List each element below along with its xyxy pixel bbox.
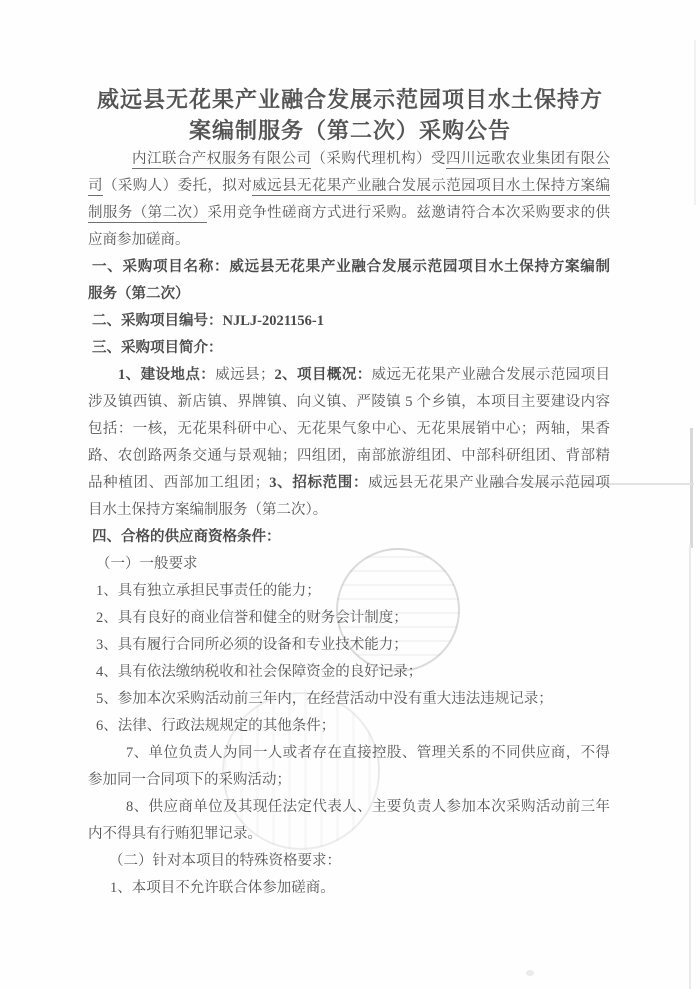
- text-line: （二）针对本项目的特殊资格要求：: [88, 848, 610, 875]
- doc-title: 威远县无花果产业融合发展示范园项目水土保持方 案编制服务（第二次）采购公告: [60, 84, 640, 146]
- text-segment: （采购代理机构）受: [311, 151, 446, 167]
- opening-paragraph: 内江联合产权服务有限公司（采购代理机构）受四川远歌农业集团有限公司（采购人）委托…: [88, 146, 610, 254]
- text-segment: 一、采购项目名称：威远县无花果产业融合发展示范园项目水土保持方案编制: [92, 259, 610, 275]
- project-overview-paragraph: 1、建设地点：威远县；2、项目概况：威远无花果产业融合发展示范园项目涉及镇西镇、…: [88, 362, 610, 524]
- requirement-item-3: 3、具有履行合同所必须的设备和专业技术能力；: [88, 632, 610, 659]
- underlined-text: 威远县无花果产业融合发展示范园项目水土保持方案编: [252, 178, 610, 196]
- text-segment: 三、采购项目简介：: [92, 340, 223, 356]
- text-line: 内不得具有行贿犯罪记录。: [88, 821, 610, 848]
- text-segment: （一）一般要求: [96, 556, 198, 572]
- text-segment: （采购人）委托，拟对: [103, 178, 252, 194]
- underlined-text: 司: [88, 178, 103, 196]
- text-segment: 3、具有履行合同所必须的设备和专业技术能力；: [96, 637, 408, 653]
- procurement-announcement-page: 威远县无花果产业融合发展示范园项目水土保持方 案编制服务（第二次）采购公告 内江…: [0, 0, 700, 989]
- requirement-item-6: 6、法律、行政法规规定的其他条件；: [88, 713, 610, 740]
- title-line-1: 威远县无花果产业融合发展示范园项目水土保持方: [60, 84, 640, 115]
- text-segment: 6、法律、行政法规规定的其他条件；: [96, 718, 335, 734]
- text-segment: 路、农创路两条交通与景观轴；四组团，南部旅游组团、中部科研组团、背部精: [88, 448, 610, 464]
- text-segment: 涉及镇西镇、新店镇、界牌镇、向义镇、严陵镇 5 个乡镇，本项目主要建设内容: [88, 394, 610, 410]
- text-line: 服务（第二次）: [88, 281, 610, 308]
- text-segment: 8、供应商单位及其现任法定代表人、主要负责人参加本次采购活动前三年: [126, 799, 610, 815]
- text-segment: 5、参加本次采购活动前三年内，在经营活动中没有重大违法违规记录；: [96, 691, 553, 707]
- text-segment: 包括：一核，无花果科研中心、无花果气象中心、无花果展销中心；两轴，果香: [88, 421, 610, 437]
- text-segment: 1、本项目不允许联合体参加磋商。: [110, 880, 335, 896]
- subsection-general-requirements: （一）一般要求: [88, 551, 610, 578]
- text-line: 参加同一合同项下的采购活动；: [88, 767, 610, 794]
- text-line: 制服务（第二次）采用竞争性磋商方式进行采购。兹邀请符合本次采购要求的供: [88, 200, 610, 227]
- text-segment: 参加同一合同项下的采购活动；: [88, 772, 291, 788]
- requirement-item-5: 5、参加本次采购活动前三年内，在经营活动中没有重大违法违规记录；: [88, 686, 610, 713]
- scan-artifact-right-edge-line-top: [694, 40, 696, 205]
- title-line-2: 案编制服务（第二次）采购公告: [60, 115, 640, 146]
- text-segment: 目水土保持方案编制服务（第二次）。: [88, 502, 327, 518]
- text-segment: 1、具有独立承担民事责任的能力；: [96, 583, 321, 599]
- text-segment: 采用竞争性磋商方式进行采购。兹邀请符合本次采购要求的供: [207, 205, 610, 221]
- text-line: 1、本项目不允许联合体参加磋商。: [88, 875, 610, 902]
- text-line: 包括：一核，无花果科研中心、无花果气象中心、无花果展销中心；两轴，果香: [88, 416, 610, 443]
- section-supplier-qualifications: 四、合格的供应商资格条件：: [88, 524, 610, 551]
- text-segment: 2、具有良好的商业信誉和健全的财务会计制度；: [96, 610, 408, 626]
- scan-artifact-right-edge-line: [690, 428, 693, 548]
- requirement-item-2: 2、具有良好的商业信誉和健全的财务会计制度；: [88, 605, 610, 632]
- underlined-text: 四川远歌农业集团有限公: [446, 151, 610, 169]
- text-segment: 4、具有依法缴纳税收和社会保障资金的良好记录；: [96, 664, 422, 680]
- text-line: 内江联合产权服务有限公司（采购代理机构）受四川远歌农业集团有限公: [88, 146, 610, 173]
- scan-artifact-smudge: [526, 970, 534, 976]
- text-line: 5、参加本次采购活动前三年内，在经营活动中没有重大违法违规记录；: [88, 686, 610, 713]
- underlined-text: 内江联合产权服务有限公司: [132, 151, 311, 169]
- text-line: 四、合格的供应商资格条件：: [88, 524, 610, 551]
- text-line: 三、采购项目简介：: [88, 335, 610, 362]
- text-line: 涉及镇西镇、新店镇、界牌镇、向义镇、严陵镇 5 个乡镇，本项目主要建设内容: [88, 389, 610, 416]
- subsection-special-requirements: （二）针对本项目的特殊资格要求：: [88, 848, 610, 875]
- text-line: 目水土保持方案编制服务（第二次）。: [88, 497, 610, 524]
- special-requirement-item: 1、本项目不允许联合体参加磋商。: [88, 875, 610, 902]
- text-line: 3、具有履行合同所必须的设备和专业技术能力；: [88, 632, 610, 659]
- text-segment: 四、合格的供应商资格条件：: [92, 529, 281, 545]
- text-segment: 2、项目概况：: [274, 367, 371, 383]
- text-segment: 威远县；: [215, 367, 274, 383]
- requirement-item-4: 4、具有依法缴纳税收和社会保障资金的良好记录；: [88, 659, 610, 686]
- text-line: 7、单位负责人为同一人或者存在直接控股、管理关系的不同供应商，不得: [88, 740, 610, 767]
- text-segment: （二）针对本项目的特殊资格要求：: [109, 853, 341, 869]
- requirement-item-1: 1、具有独立承担民事责任的能力；: [88, 578, 610, 605]
- text-segment: 应商参加磋商。: [88, 232, 190, 248]
- text-segment: 3、招标范围：: [269, 475, 368, 491]
- text-line: 二、采购项目编号：NJLJ-2021156-1: [88, 308, 610, 335]
- text-line: 6、法律、行政法规规定的其他条件；: [88, 713, 610, 740]
- text-segment: 二、采购项目编号：NJLJ-2021156-1: [92, 313, 324, 329]
- text-line: 8、供应商单位及其现任法定代表人、主要负责人参加本次采购活动前三年: [88, 794, 610, 821]
- text-segment: 服务（第二次）: [88, 286, 190, 302]
- requirement-item-7: 7、单位负责人为同一人或者存在直接控股、管理关系的不同供应商，不得参加同一合同项…: [88, 740, 610, 794]
- underlined-text: 制服务（第二次）: [88, 205, 207, 223]
- scan-artifact-right-edge-line-faint: [689, 545, 691, 989]
- text-segment: 威远无花果产业融合发展示范园项目: [372, 367, 610, 383]
- text-line: 一、采购项目名称：威远县无花果产业融合发展示范园项目水土保持方案编制: [88, 254, 610, 281]
- text-segment: 品种植团、西部加工组团；: [88, 475, 269, 491]
- text-line: 1、具有独立承担民事责任的能力；: [88, 578, 610, 605]
- text-segment: 7、单位负责人为同一人或者存在直接控股、管理关系的不同供应商，不得: [126, 745, 610, 761]
- text-line: 司（采购人）委托，拟对威远县无花果产业融合发展示范园项目水土保持方案编: [88, 173, 610, 200]
- text-line: 4、具有依法缴纳税收和社会保障资金的良好记录；: [88, 659, 610, 686]
- text-line: 路、农创路两条交通与景观轴；四组团，南部旅游组团、中部科研组团、背部精: [88, 443, 610, 470]
- text-line: 品种植团、西部加工组团；3、招标范围：威远县无花果产业融合发展示范园项: [88, 470, 610, 497]
- text-line: 1、建设地点：威远县；2、项目概况：威远无花果产业融合发展示范园项目: [88, 362, 610, 389]
- text-line: 2、具有良好的商业信誉和健全的财务会计制度；: [88, 605, 610, 632]
- text-line: （一）一般要求: [88, 551, 610, 578]
- requirement-item-8: 8、供应商单位及其现任法定代表人、主要负责人参加本次采购活动前三年内不得具有行贿…: [88, 794, 610, 848]
- text-segment: 内不得具有行贿犯罪记录。: [88, 826, 262, 842]
- text-segment: 威远县无花果产业融合发展示范园项: [368, 475, 610, 491]
- section-project-number: 二、采购项目编号：NJLJ-2021156-1: [88, 308, 610, 335]
- document-body: 内江联合产权服务有限公司（采购代理机构）受四川远歌农业集团有限公司（采购人）委托…: [88, 146, 610, 902]
- section-project-name: 一、采购项目名称：威远县无花果产业融合发展示范园项目水土保持方案编制服务（第二次…: [88, 254, 610, 308]
- text-segment: 1、建设地点：: [118, 367, 215, 383]
- section-project-intro: 三、采购项目简介：: [88, 335, 610, 362]
- text-line: 应商参加磋商。: [88, 227, 610, 254]
